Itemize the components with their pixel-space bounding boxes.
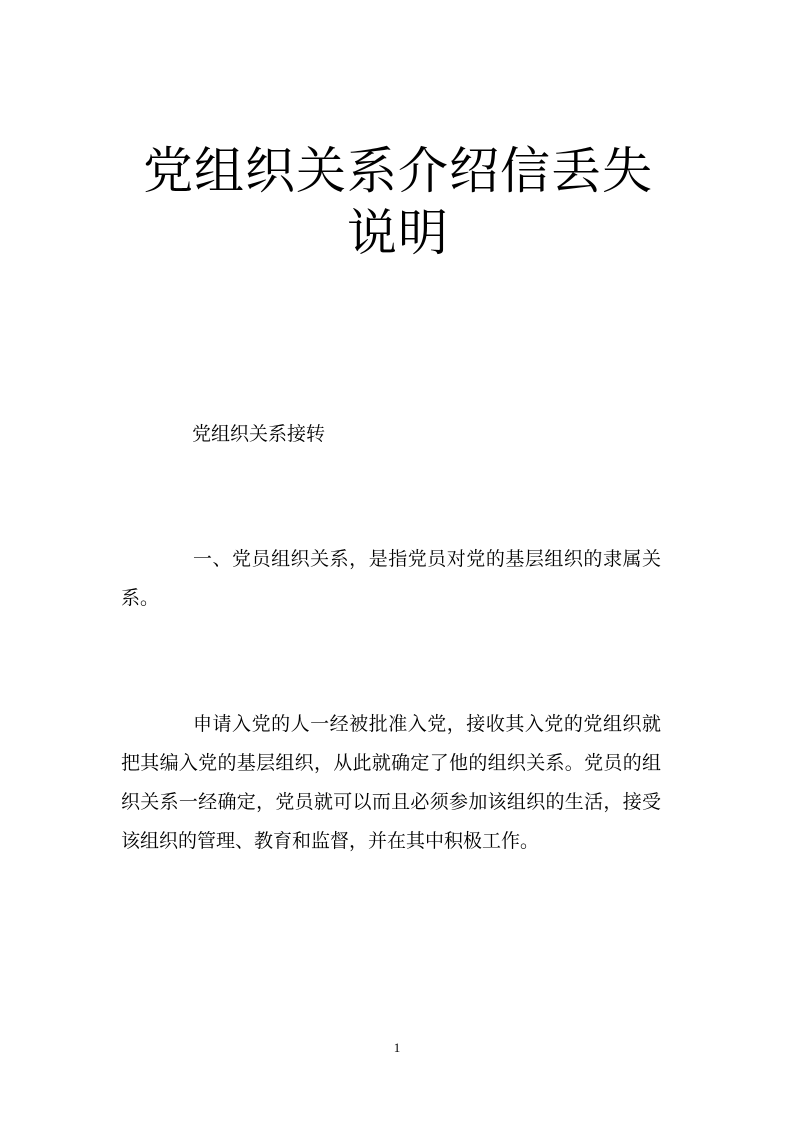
document-page: 党组织关系介绍信丢失说明 党组织关系接转 一、党员组织关系，是指党员对党的基层组… (0, 0, 794, 1123)
paragraph-2: 申请入党的人一经被批准入党，接收其入党的党组织就把其编入党的基层组织，从此就确定… (121, 705, 661, 861)
paragraph-1: 一、党员组织关系，是指党员对党的基层组织的隶属关系。 (121, 540, 661, 618)
section-heading: 党组织关系接转 (192, 420, 325, 448)
document-title: 党组织关系介绍信丢失说明 (120, 140, 676, 264)
page-number: 1 (0, 1040, 794, 1056)
